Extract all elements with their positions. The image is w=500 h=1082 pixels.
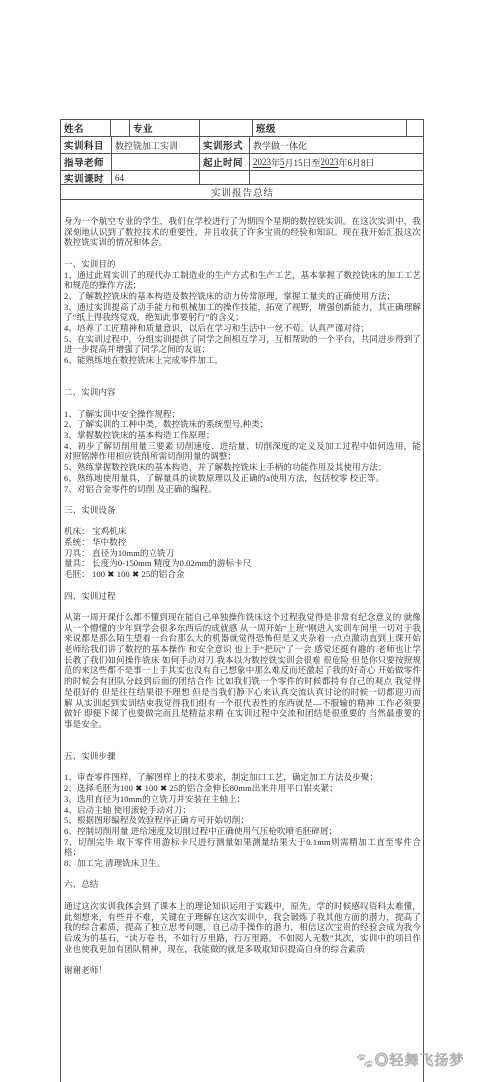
- body-line: 5、熟练掌握数控铣床的基本构造，并了解数控铣床上手柄的功能作用及其使用方法；: [64, 462, 421, 473]
- blank-line: [64, 762, 421, 773]
- body-line: 2、了解实训的工种中类，数控铣床的系统型号,种类；: [64, 419, 421, 430]
- section-heading: 四、实训过程: [64, 591, 421, 602]
- hours-value: 64: [112, 171, 200, 184]
- training-report-table: 姓名 专业 班级 实训科目 数控铣加工实训 实训形式 教学做一体化 指导老师 起…: [60, 119, 424, 1082]
- body-line: 1、审查零件图样，了解图样上的技术要求，制定加口工艺，确定加工方法及步聚；: [64, 772, 421, 783]
- body-line: 毛胚： 100 ✖ 100 ✖ 25的铝合金: [64, 569, 421, 580]
- instructor-label: 指导老师: [61, 154, 112, 170]
- body-line: 7、对铝合金零件的切削 及正确的编程。: [64, 484, 421, 495]
- body-line: 6、能熟练地在数控铣床上完成零件加工。: [64, 355, 421, 366]
- period-sep-2: 月15日至: [285, 156, 321, 169]
- body-line: 2、了解数控铣床的基本构造及数控铣床的动力传常原理，掌握工量夹的正确使用方法；: [64, 291, 421, 302]
- watermark-text: ◎轻舞飞扬梦: [374, 1052, 464, 1068]
- header-row-2: 实训科目 数控铣加工实训 实训形式 教学做一体化: [61, 137, 423, 154]
- body-line: 3、掌握数控铣床的基本构造工作原理；: [64, 430, 421, 441]
- header-row-4: 实训课时 64: [61, 171, 423, 185]
- blank-line: [64, 516, 421, 527]
- body-line: 1、了解实训中安全操作规程；: [64, 409, 421, 420]
- watermark: 🐾◎轻舞飞扬梦: [356, 1050, 464, 1070]
- blank-line: [64, 890, 421, 901]
- subject-label: 实训科目: [61, 137, 112, 153]
- body-line: 7、切削完毕 取下零件用游标卡尺进行测量如果测量结果大于0.1mm则需精加工直至…: [64, 837, 421, 858]
- blank-line: [64, 377, 421, 388]
- class-label: 班级: [253, 120, 407, 136]
- body-line: 3、选用直径为10mm的立铣刀并安装在主轴上；: [64, 794, 421, 805]
- blank-line: [64, 954, 421, 965]
- body-line: 机床： 宝鸡机床: [64, 526, 421, 537]
- hours-empty-1: [200, 171, 250, 184]
- header-row-1: 姓名 专业 班级: [61, 120, 423, 137]
- hours-empty-2: [250, 171, 423, 184]
- blank-line: [64, 366, 421, 377]
- body-line: 6、控制切削用量 进给速度及切削过程中正确使用气压枪吹喷毛胚碎屑；: [64, 826, 421, 837]
- body-line: 8、加工完 清理铣床卫生。: [64, 858, 421, 869]
- paw-icon: 🐾: [356, 1052, 374, 1068]
- name-value: [111, 120, 130, 136]
- hours-label: 实训课时: [61, 171, 112, 184]
- form-label: 实训形式: [200, 137, 250, 153]
- blank-line: [64, 494, 421, 505]
- name-label: 姓名: [61, 120, 111, 136]
- body-line: 4、初步了解切削用量三要素 切削速度、进给量、切削深度的定义及加工过程中如何选用…: [64, 441, 421, 462]
- period-value: 2023 年 5月15日至2023 年6月8日: [250, 154, 423, 170]
- body-line: 3、通过实训提高了动手能力和机械加工的操作技能，拓宽了视野，增强创新能力，其正确…: [64, 302, 421, 323]
- header-row-3: 指导老师 起止时间 2023 年 5月15日至2023 年6月8日: [61, 154, 423, 171]
- body-line: 2、选择毛胚为100 ✖ 100 ✖ 25的铝合金伸长80mm出来并用平口钳夹紧…: [64, 783, 421, 794]
- form-value: 教学做一体化: [250, 137, 423, 153]
- blank-line: [64, 740, 421, 751]
- period-sep-3: 年6月8日: [339, 156, 375, 169]
- body-line: 量具： 长度为0-150mm 精度为0.02mm的游标卡尺: [64, 558, 421, 569]
- period-year-end: 2023: [321, 157, 339, 167]
- instructor-value: [112, 154, 200, 170]
- blank-line: [64, 730, 421, 741]
- report-body: 身为一个航空专业的学生，我们在学校进行了为期四个星期的数控铣实训。在这次实训中，…: [61, 200, 423, 1082]
- body-line: 5、在实训过程中，分组实训提供了同学之间相互学习，互相帮助的一个平台，共同进步得…: [64, 334, 421, 355]
- section-heading: 六、总结: [64, 879, 421, 890]
- body-line: 6、熟练地使用量具，了解量具的读数原理以及正确的a使用方法，包括校零 校正等。: [64, 473, 421, 484]
- header-row-5: 实训报告总结: [61, 185, 423, 200]
- body-line: 刀具： 直径为10mm的立铣刀: [64, 548, 421, 559]
- blank-line: [64, 869, 421, 880]
- body-line: 从第一周开课什么都不懂到现在能自己单独操作铣床这个过程我觉得是非常有纪念意义的 …: [64, 612, 421, 730]
- major-value: [200, 120, 253, 136]
- period-year-start: 2023: [253, 157, 271, 167]
- body-line: 通过这次实训我体会到了课本上的理论知识运用于实践中，原先，学的时候感叹资料太难懂…: [64, 901, 421, 955]
- section-heading: 三、实训设备: [64, 505, 421, 516]
- blank-line: [64, 580, 421, 591]
- document-page: 姓名 专业 班级 实训科目 数控铣加工实训 实训形式 教学做一体化 指导老师 起…: [0, 0, 500, 1082]
- period-label: 起止时间: [200, 154, 250, 170]
- section-heading: 二、实训内容: [64, 387, 421, 398]
- blank-line: [64, 601, 421, 612]
- major-label: 专业: [130, 120, 200, 136]
- body-line: 4、启动主轴 使用滚轮手动对刀；: [64, 805, 421, 816]
- blank-line: [64, 248, 421, 259]
- report-title: 实训报告总结: [61, 185, 423, 199]
- section-heading: 一、实训目的: [64, 259, 421, 270]
- period-sep-1: 年: [271, 156, 280, 169]
- body-line: 4、培养了工匠精神和质量意识，以后在学习和生活中一丝不苟。认真严谨对待；: [64, 323, 421, 334]
- body-line: 1、通过此周实训了的现代办工制造业的生产方式和生产工艺，基本掌握了数控铣床的加工…: [64, 270, 421, 291]
- body-line: 谢谢老师！: [64, 965, 421, 976]
- body-line: 5、根据图形编程及效验程序正确方可开始切削；: [64, 815, 421, 826]
- section-heading: 五、实训步骤: [64, 751, 421, 762]
- class-value: [407, 120, 423, 136]
- body-line: 系统： 华中数控: [64, 537, 421, 548]
- subject-value: 数控铣加工实训: [112, 137, 200, 153]
- body-line: 身为一个航空专业的学生，我们在学校进行了为期四个星期的数控铣实训。在这次实训中，…: [64, 216, 421, 248]
- blank-line: [64, 398, 421, 409]
